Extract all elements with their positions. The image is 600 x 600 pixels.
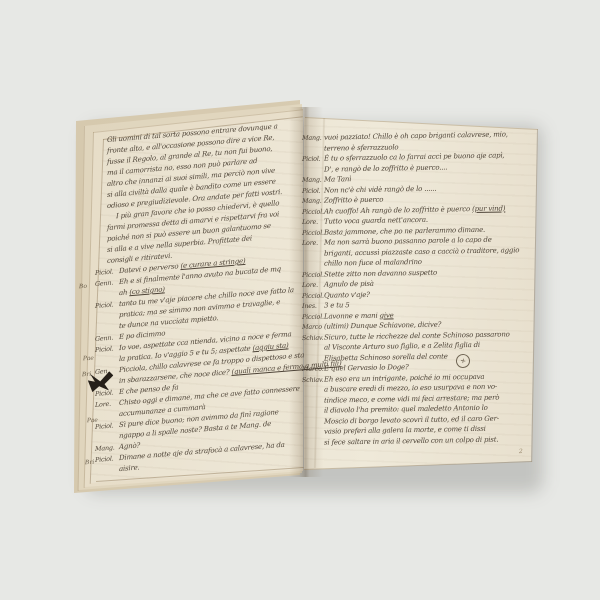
speaker-label: [302, 164, 324, 175]
speaker-label: Picciol.: [302, 206, 324, 217]
margin-fragment: Bri: [85, 460, 95, 466]
speaker-label: Picciol.: [302, 290, 324, 301]
speaker-label: Mang.: [302, 175, 324, 186]
speaker-label: Schiav.: [302, 374, 324, 385]
page-corner-mark: 2: [519, 449, 523, 455]
speaker-label: [302, 437, 324, 448]
speaker-label: [302, 427, 324, 438]
speaker-label: Picciol.: [302, 227, 324, 238]
speaker-label: [302, 248, 324, 259]
speaker-label: Lore.: [302, 280, 324, 291]
speaker-label: Mang.: [302, 133, 324, 144]
margin-fragment: Bri: [82, 372, 92, 378]
right-page-text: Mang.vuoi pazziato! Chillo è oh capo bri…: [302, 129, 535, 448]
margin-fragment: Bo: [79, 284, 87, 290]
speaker-label: [95, 464, 119, 477]
speaker-label: Lore.: [302, 238, 324, 249]
speaker-label: [302, 416, 324, 427]
speaker-label: Marco: [302, 322, 324, 333]
speaker-label: [302, 395, 324, 406]
speaker-label: Picciol.: [302, 311, 324, 322]
speaker-label: Piciol.: [302, 185, 324, 196]
speaker-label: Mang.: [302, 196, 324, 207]
speaker-label: Piciol.: [302, 154, 324, 165]
margin-fragment: Pae: [83, 356, 94, 363]
speaker-label: Schiav.: [302, 332, 324, 343]
speaker-label: [302, 385, 324, 396]
speaker-label: Marco.: [302, 364, 324, 375]
speaker-label: [302, 353, 324, 364]
speaker-label: [302, 343, 324, 354]
underlined-text: give: [380, 311, 394, 319]
speaker-label: Picciol.: [302, 269, 324, 280]
photo-canvas: Gli uomini di tal sorta possono entrare …: [0, 0, 600, 600]
underlined-text: (co stigno): [129, 285, 164, 296]
speaker-label: [302, 259, 324, 270]
speaker-label: [302, 406, 324, 417]
speaker-label: [302, 143, 324, 154]
underlined-text: (aggiu sta): [253, 341, 289, 352]
underlined-text: (pur vind): [472, 204, 505, 213]
speaker-label: Ines.: [302, 301, 324, 312]
speaker-label: Lore.: [302, 217, 324, 228]
left-page-text: Gli uomini di tal sorta possono entrare …: [95, 119, 302, 477]
